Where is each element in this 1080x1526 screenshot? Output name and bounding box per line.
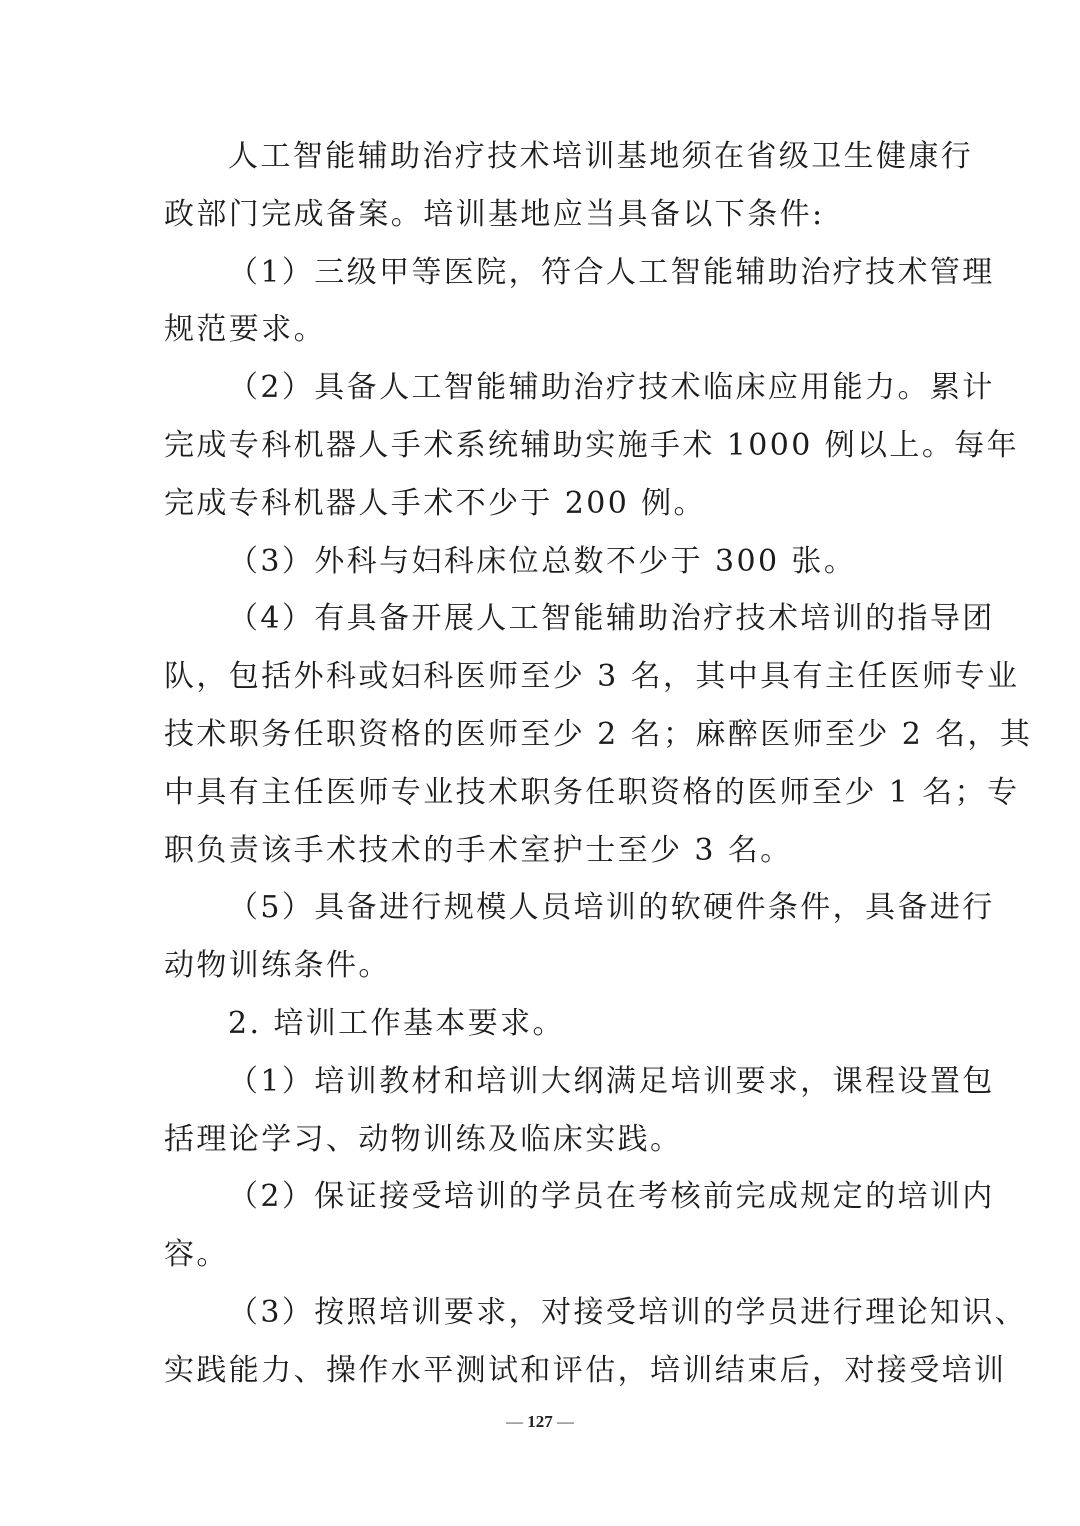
text-line: （3）外科与妇科床位总数不少于 300 张。: [164, 533, 920, 591]
section-heading: 2. 培训工作基本要求。: [164, 995, 920, 1053]
text-line: 完成专科机器人手术不少于 200 例。: [164, 475, 920, 533]
text-line: 中具有主任医师专业技术职务任职资格的医师至少 1 名；专: [164, 764, 920, 822]
text-line: （2）具备人工智能辅助治疗技术临床应用能力。累计: [164, 359, 920, 417]
text-line: 政部门完成备案。培训基地应当具备以下条件:: [164, 186, 920, 244]
text-line: 职负责该手术技术的手术室护士至少 3 名。: [164, 822, 920, 880]
footer-dash-left: —: [506, 1412, 523, 1431]
text-line: （1）培训教材和培训大纲满足培训要求，课程设置包: [164, 1053, 920, 1111]
document-body: 人工智能辅助治疗技术培训基地须在省级卫生健康行 政部门完成备案。培训基地应当具备…: [164, 128, 920, 1400]
text-line: 队，包括外科或妇科医师至少 3 名，其中具有主任医师专业: [164, 648, 920, 706]
text-line: （2）保证接受培训的学员在考核前完成规定的培训内: [164, 1168, 920, 1226]
text-line: 实践能力、操作水平测试和评估，培训结束后，对接受培训: [164, 1342, 920, 1400]
footer-dash-right: —: [557, 1412, 574, 1431]
text-line: （3）按照培训要求，对接受培训的学员进行理论知识、: [164, 1284, 920, 1342]
text-line: 括理论学习、动物训练及临床实践。: [164, 1111, 920, 1169]
page-number: 127: [527, 1412, 553, 1431]
text-line: 容。: [164, 1226, 920, 1284]
text-line: 动物训练条件。: [164, 937, 920, 995]
text-line: 规范要求。: [164, 301, 920, 359]
text-line: 人工智能辅助治疗技术培训基地须在省级卫生健康行: [164, 128, 920, 186]
text-line: 技术职务任职资格的医师至少 2 名；麻醉医师至少 2 名，其: [164, 706, 920, 764]
text-line: 完成专科机器人手术系统辅助实施手术 1000 例以上。每年: [164, 417, 920, 475]
document-page: 人工智能辅助治疗技术培训基地须在省级卫生健康行 政部门完成备案。培训基地应当具备…: [0, 0, 1080, 1526]
text-line: （5）具备进行规模人员培训的软硬件条件，具备进行: [164, 879, 920, 937]
text-line: （1）三级甲等医院，符合人工智能辅助治疗技术管理: [164, 244, 920, 302]
text-line: （4）有具备开展人工智能辅助治疗技术培训的指导团: [164, 590, 920, 648]
page-footer: — 127 —: [0, 1412, 1080, 1432]
